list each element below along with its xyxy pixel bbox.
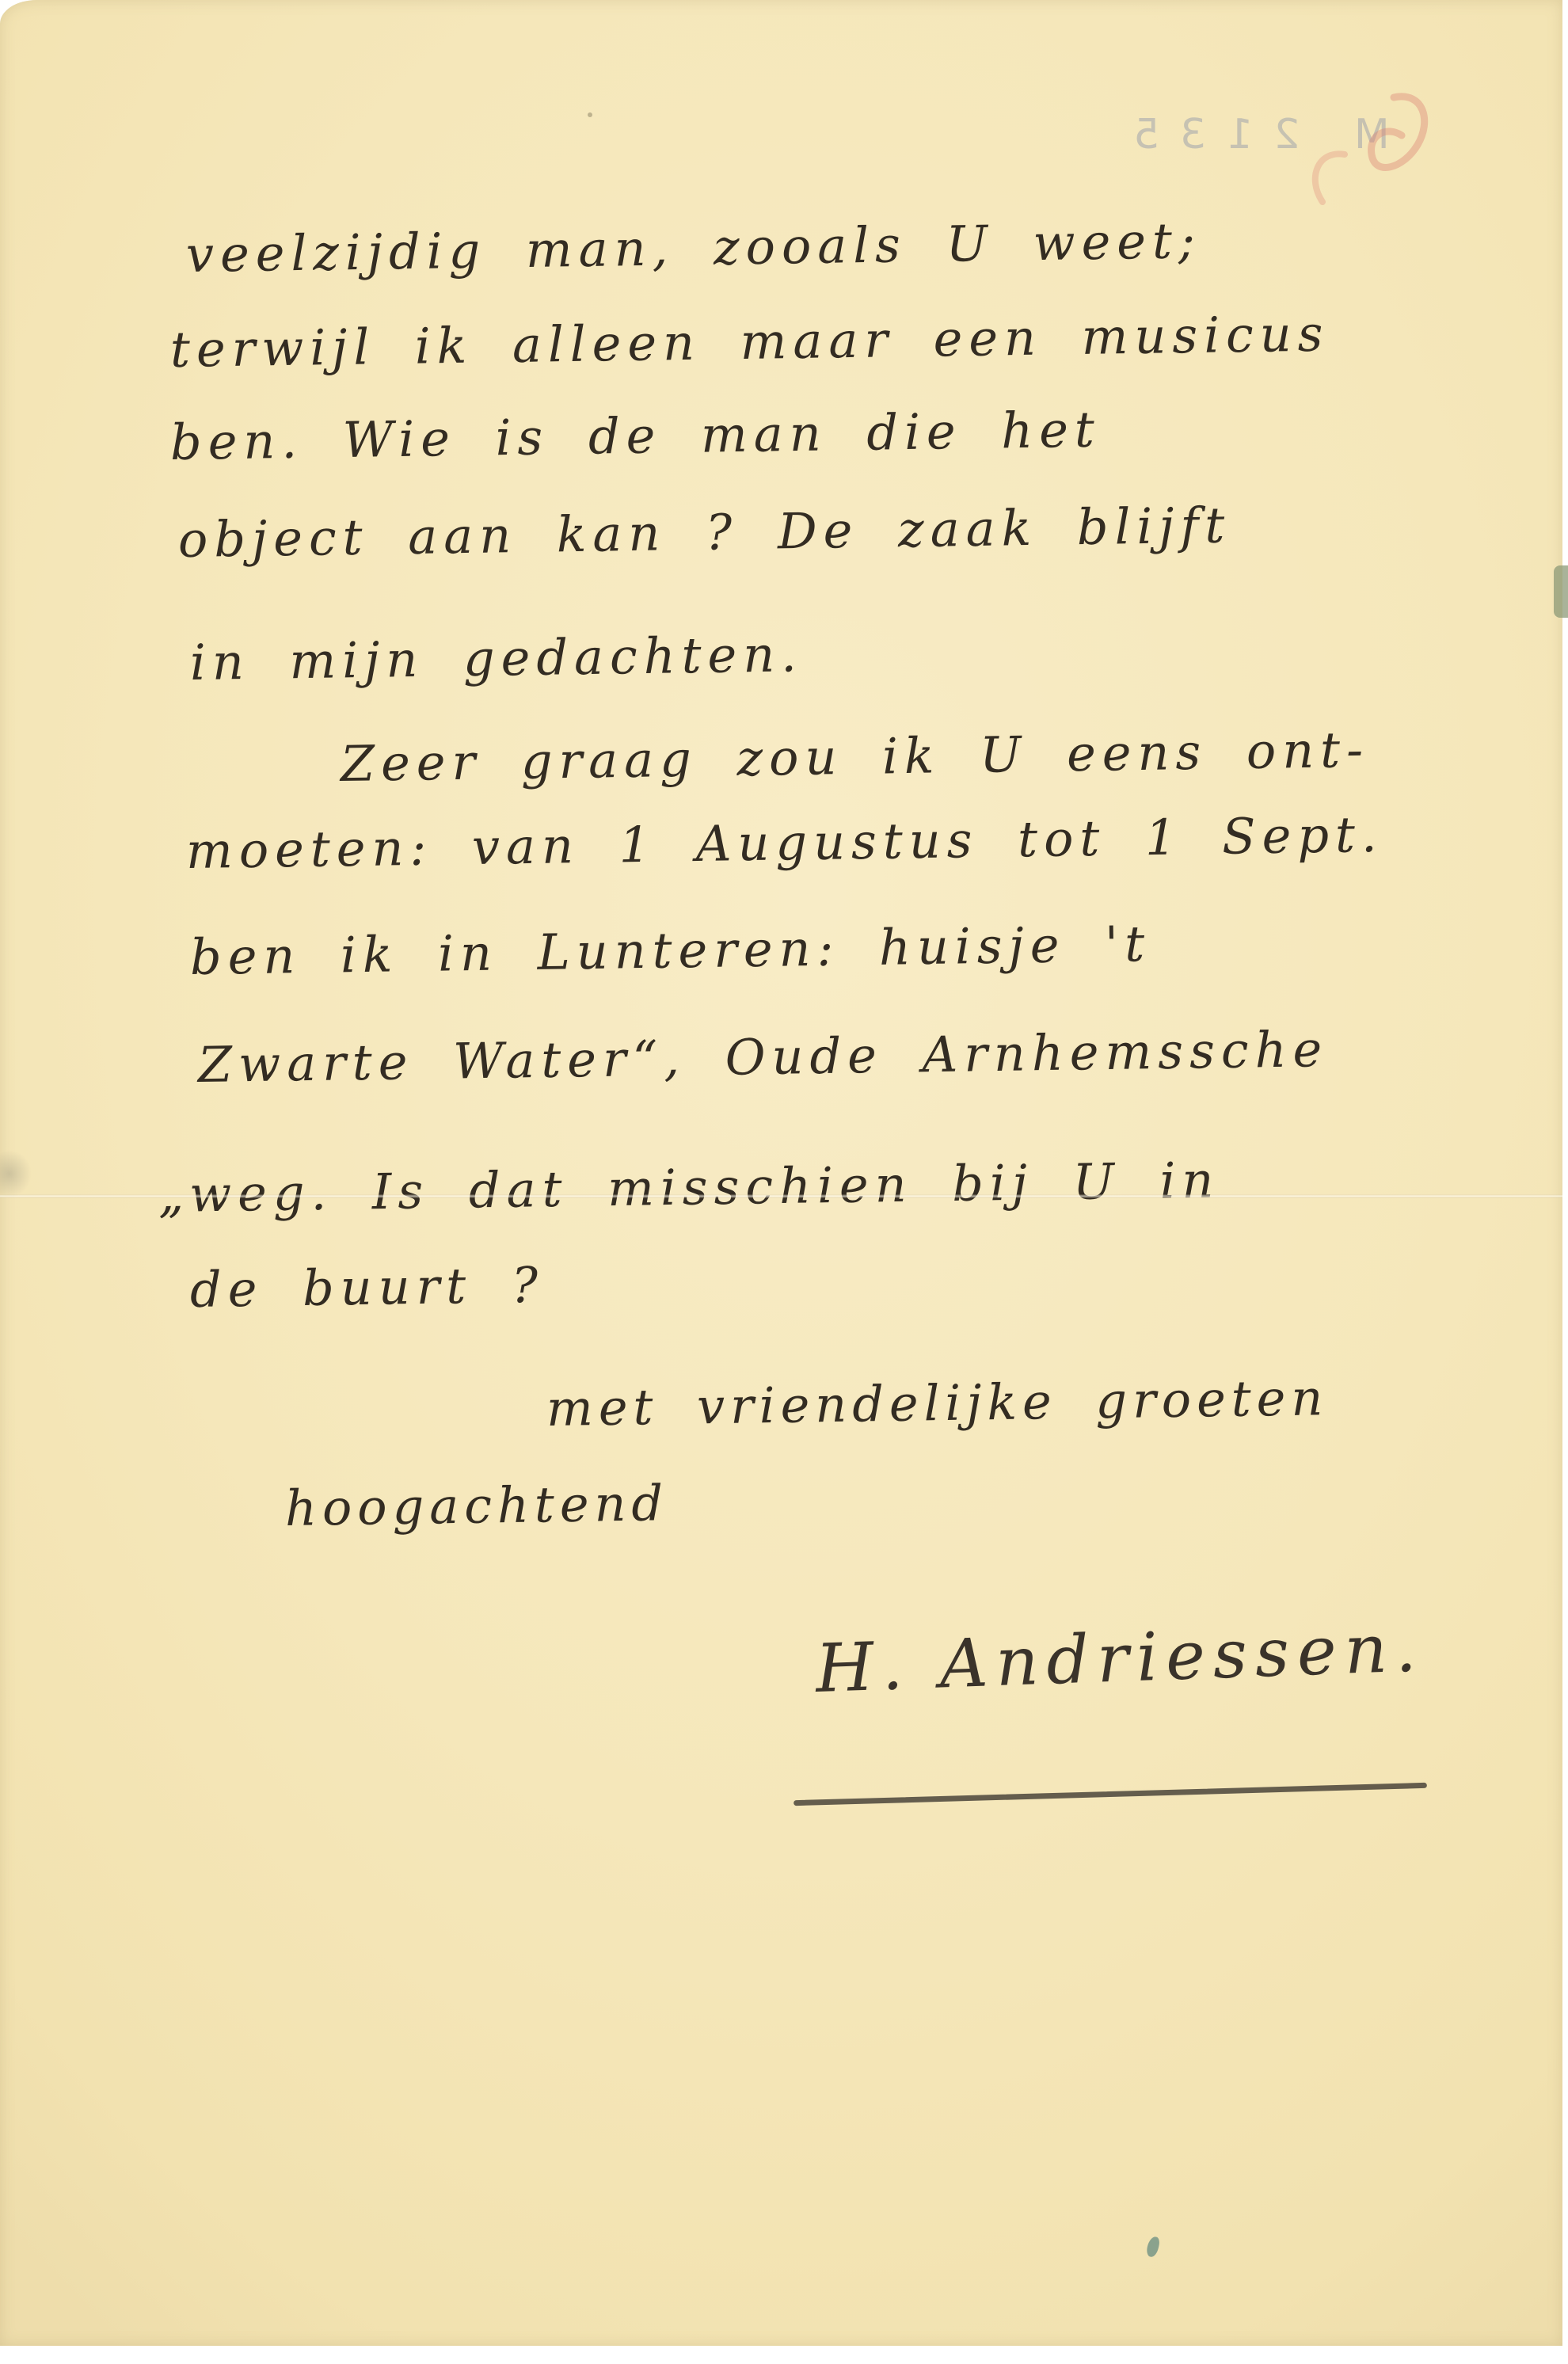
handwritten-line: terwijl ik alleen maar een musicus bbox=[169, 305, 1329, 379]
paper-crease bbox=[0, 1194, 1562, 1198]
handwritten-line: Zeer graag zou ik U eens ont- bbox=[340, 721, 1369, 793]
letter-scan: M 2135 veelzijdig man, zooals U weet; te… bbox=[0, 0, 1568, 2364]
closing-salutation-line: hoogachtend bbox=[284, 1474, 668, 1537]
handwritten-line: „weg. Is dat misschien bij U in bbox=[158, 1151, 1220, 1224]
signature-underline bbox=[794, 1783, 1427, 1806]
handwritten-line: de buurt ? bbox=[189, 1256, 544, 1319]
paper-fleck bbox=[588, 112, 592, 117]
handwritten-line: in mijn gedachten. bbox=[189, 625, 803, 691]
ink-spot bbox=[1145, 2236, 1160, 2258]
edge-smudge bbox=[0, 1150, 32, 1197]
handwritten-line: veelzijdig man, zooals U weet; bbox=[185, 211, 1201, 284]
handwritten-line: moeten: van 1 Augustus tot 1 Sept. bbox=[185, 805, 1383, 880]
handwritten-line: Zwarte Water“, Oude Arnhemssche bbox=[197, 1020, 1328, 1094]
handwritten-line: ben ik in Lunteren: huisje 't bbox=[189, 915, 1151, 986]
handwritten-line: ben. Wie is de man die het bbox=[169, 401, 1101, 471]
handwritten-line: object aan kan ? De zaak blijft bbox=[177, 496, 1231, 569]
letter-paper: M 2135 veelzijdig man, zooals U weet; te… bbox=[0, 0, 1562, 2346]
closing-greeting-line: met vriendelijke groeten bbox=[546, 1369, 1328, 1437]
red-stamp-flourish bbox=[1299, 83, 1433, 210]
signature: H. Andriessen. bbox=[814, 1608, 1425, 1707]
edge-tape-mark bbox=[1554, 565, 1568, 618]
